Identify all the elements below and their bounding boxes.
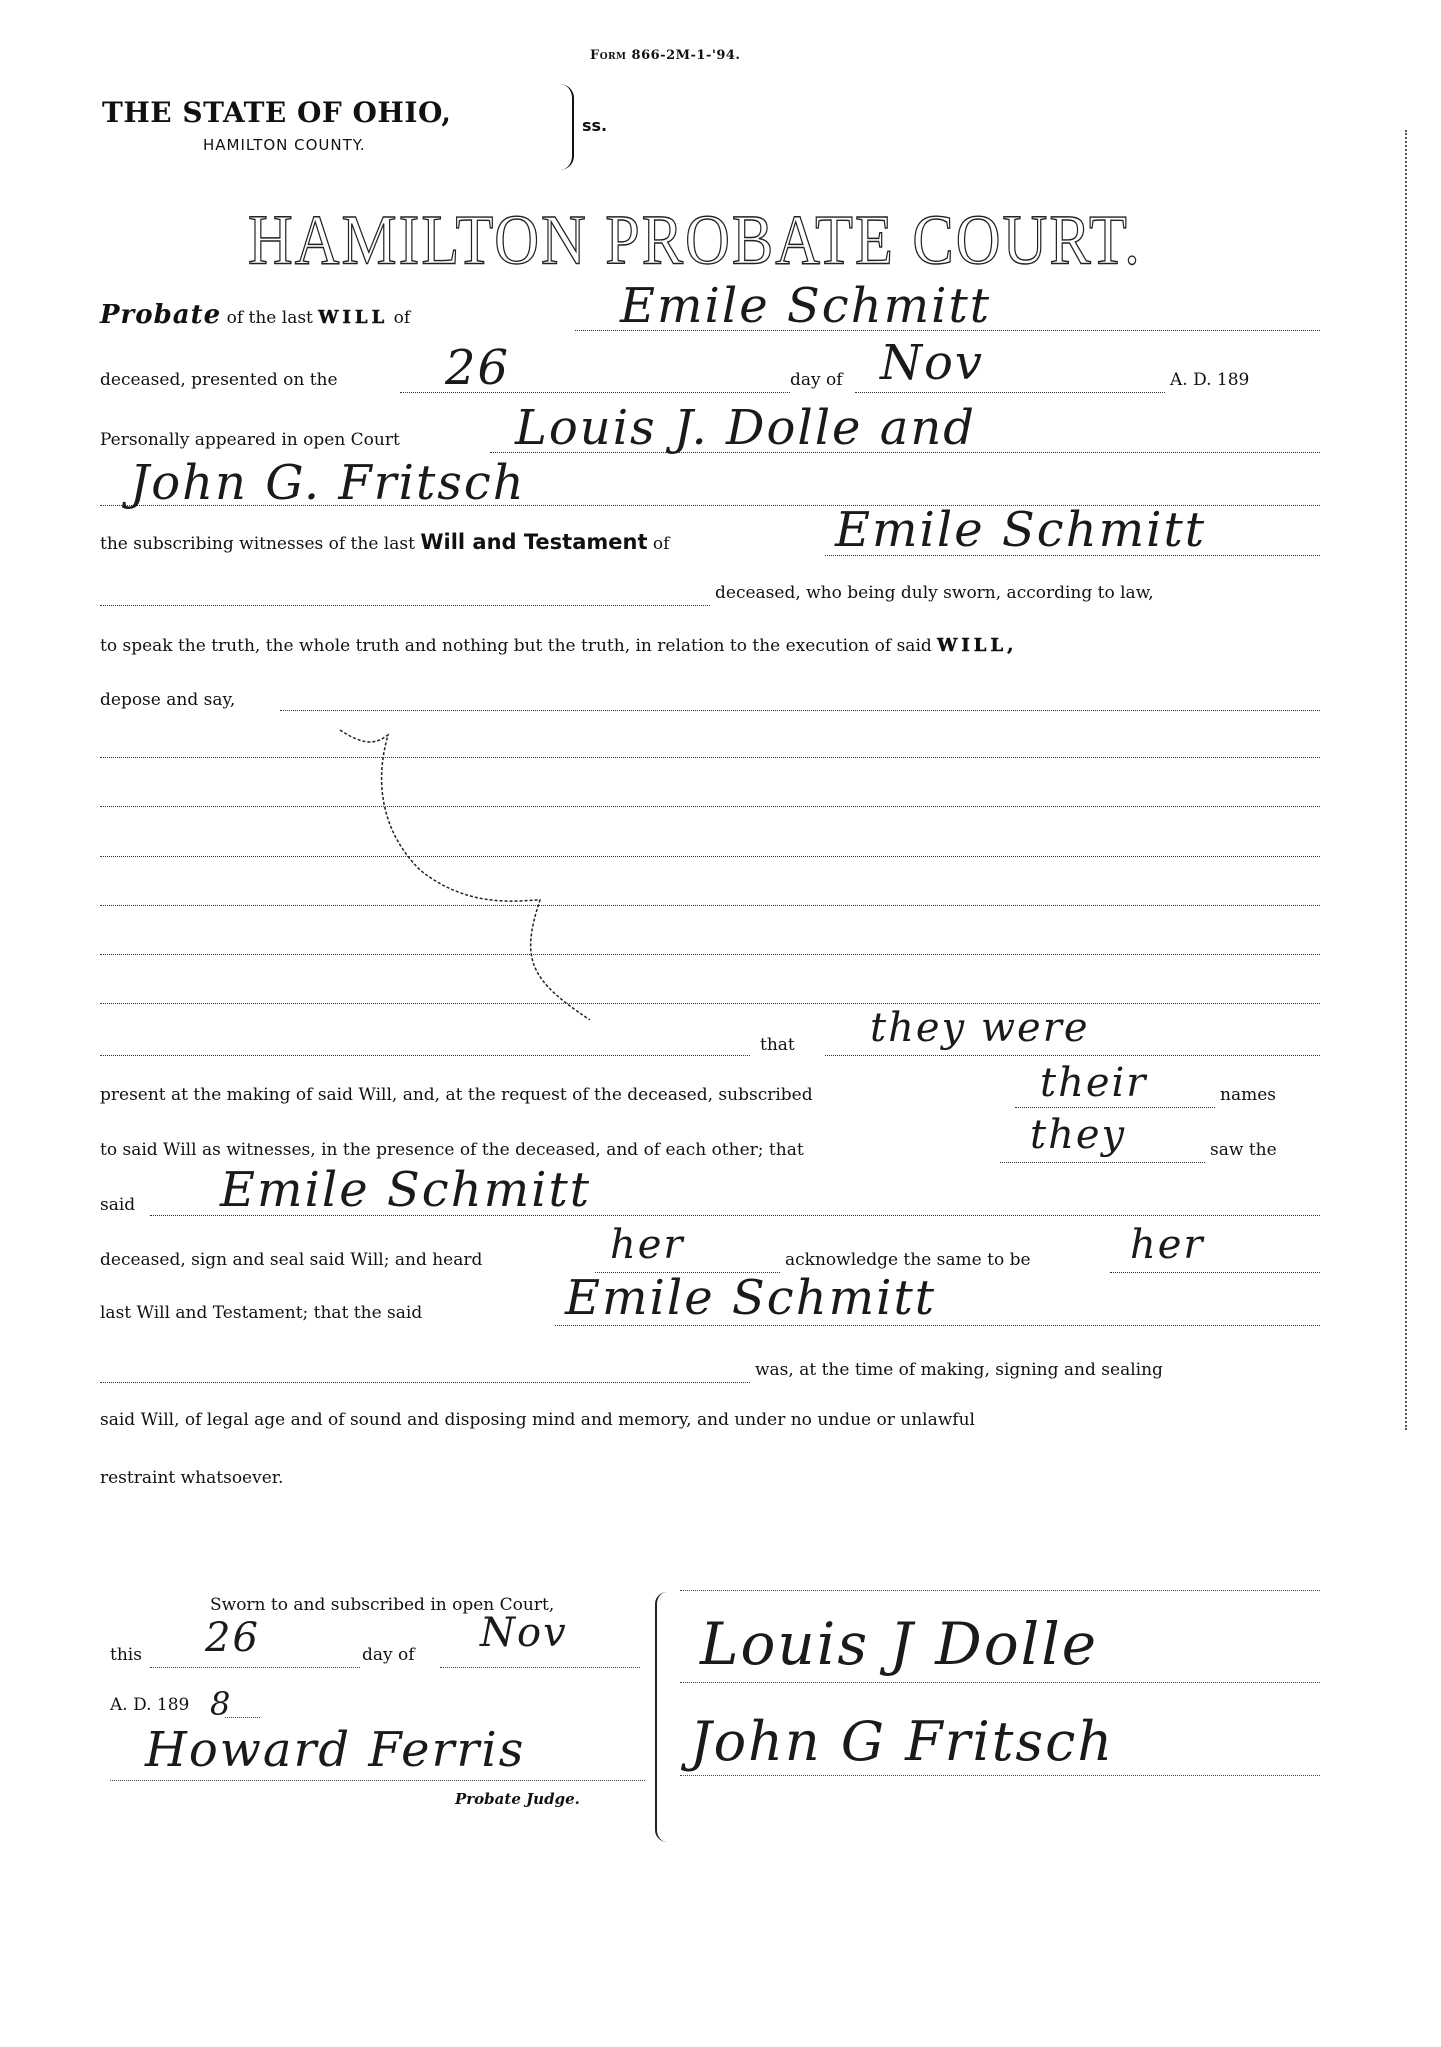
day-of-label-2: day of xyxy=(362,1645,415,1665)
saw-the-label: saw the xyxy=(1210,1140,1277,1160)
testator-name-1[interactable]: Emile Schmitt xyxy=(620,278,991,334)
court-title: HAMILTON PROBATE COURT. xyxy=(248,200,1142,282)
deposition-line-0 xyxy=(280,710,1320,711)
will-word: WILL xyxy=(318,307,388,328)
presented-day[interactable]: 26 xyxy=(445,340,510,396)
bracket-divider xyxy=(558,84,574,170)
blank-line-before-that xyxy=(100,1055,750,1056)
ss-label: ss. xyxy=(582,116,607,135)
court-title-text: HAMILTON PROBATE COURT. xyxy=(248,201,1142,279)
speak-truth-text: to speak the truth, the whole truth and … xyxy=(100,636,932,656)
witness-signature-line-1 xyxy=(680,1590,1320,1591)
names-label: names xyxy=(1220,1085,1276,1105)
their-field-line xyxy=(1015,1107,1215,1108)
their-text[interactable]: their xyxy=(1040,1060,1147,1106)
strike-through-flourish xyxy=(320,720,840,1020)
this-label: this xyxy=(110,1645,142,1665)
said-label: said xyxy=(100,1195,135,1215)
probate-word: Probate xyxy=(100,300,221,330)
presented-month[interactable]: Nov xyxy=(880,335,984,391)
probate-line: Probate of the last WILL of xyxy=(100,300,410,330)
state-heading: THE STATE OF OHIO, xyxy=(102,96,451,129)
of-text: of xyxy=(394,308,411,328)
acknowledge-text: acknowledge the same to be xyxy=(785,1250,1031,1270)
testator-name-2[interactable]: Emile Schmitt xyxy=(835,502,1206,558)
sworn-month[interactable]: Nov xyxy=(480,1610,568,1656)
sworn-month-field-line xyxy=(440,1667,640,1668)
scan-edge-artifact xyxy=(1405,130,1431,1430)
witness-signature-line-3 xyxy=(680,1775,1320,1776)
legal-age-text: said Will, of legal age and of sound and… xyxy=(100,1410,975,1430)
presented-month-field-line xyxy=(855,392,1165,393)
deceased-sworn-text: deceased, who being duly sworn, accordin… xyxy=(715,583,1154,603)
will-word-2: WILL, xyxy=(937,635,1017,656)
day-of-label: day of xyxy=(790,370,843,390)
probate-judge-label: Probate Judge. xyxy=(455,1790,580,1808)
her-text-1[interactable]: her xyxy=(610,1222,685,1268)
testator-name-3[interactable]: Emile Schmitt xyxy=(220,1162,591,1218)
witness-signature-1[interactable]: Louis J Dolle xyxy=(700,1610,1098,1678)
signature-bracket xyxy=(655,1592,667,1842)
presented-line-label: deceased, presented on the xyxy=(100,370,338,390)
speak-truth-line: to speak the truth, the whole truth and … xyxy=(100,635,1017,656)
subscribing-line: the subscribing witnesses of the last Wi… xyxy=(100,530,669,554)
of-the-last-text: of the last xyxy=(227,308,313,328)
sworn-day-field-line xyxy=(150,1667,360,1668)
witness-names-line-1[interactable]: Louis J. Dolle and xyxy=(515,400,976,456)
ad-year-label: A. D. 189 xyxy=(1170,370,1249,390)
subscribing-text: the subscribing witnesses of the last xyxy=(100,534,415,554)
her-field-line-2 xyxy=(1110,1272,1320,1273)
witness-names-line-2[interactable]: John G. Fritsch xyxy=(130,455,526,511)
judge-signature[interactable]: Howard Ferris xyxy=(145,1722,525,1778)
of-text-2: of xyxy=(653,534,670,554)
sworn-day[interactable]: 26 xyxy=(205,1615,260,1661)
sign-seal-text: deceased, sign and seal said Will; and h… xyxy=(100,1250,482,1270)
ad-year-label-2: A. D. 189 xyxy=(110,1695,189,1715)
testator-name-4[interactable]: Emile Schmitt xyxy=(565,1270,936,1326)
they-were-field-line xyxy=(825,1055,1320,1056)
judge-signature-line xyxy=(110,1780,645,1781)
personally-appeared-label: Personally appeared in open Court xyxy=(100,430,400,450)
depose-say-label: depose and say, xyxy=(100,690,235,710)
will-and-testament-word: Will and Testament xyxy=(420,530,647,554)
sworn-year-suffix[interactable]: 8 xyxy=(210,1685,232,1723)
was-at-time-text: was, at the time of making, signing and … xyxy=(755,1360,1163,1380)
restraint-text: restraint whatsoever. xyxy=(100,1468,283,1488)
county-heading: HAMILTON COUNTY. xyxy=(203,136,366,154)
they-field-line xyxy=(1000,1162,1205,1163)
blank-line-before-was xyxy=(100,1382,750,1383)
last-will-text: last Will and Testament; that the said xyxy=(100,1303,422,1323)
they-were-text[interactable]: they were xyxy=(870,1005,1090,1051)
form-number: Form 866-2M-1-'94. xyxy=(590,48,740,63)
present-making-text: present at the making of said Will, and,… xyxy=(100,1085,813,1105)
they-text[interactable]: they xyxy=(1030,1112,1126,1158)
blank-line-deceased xyxy=(100,605,710,606)
witness-signature-line-2 xyxy=(680,1682,1320,1683)
her-text-2[interactable]: her xyxy=(1130,1222,1205,1268)
witness-signature-2[interactable]: John G Fritsch xyxy=(690,1710,1114,1773)
that-label: that xyxy=(760,1035,795,1055)
to-said-will-text: to said Will as witnesses, in the presen… xyxy=(100,1140,804,1160)
